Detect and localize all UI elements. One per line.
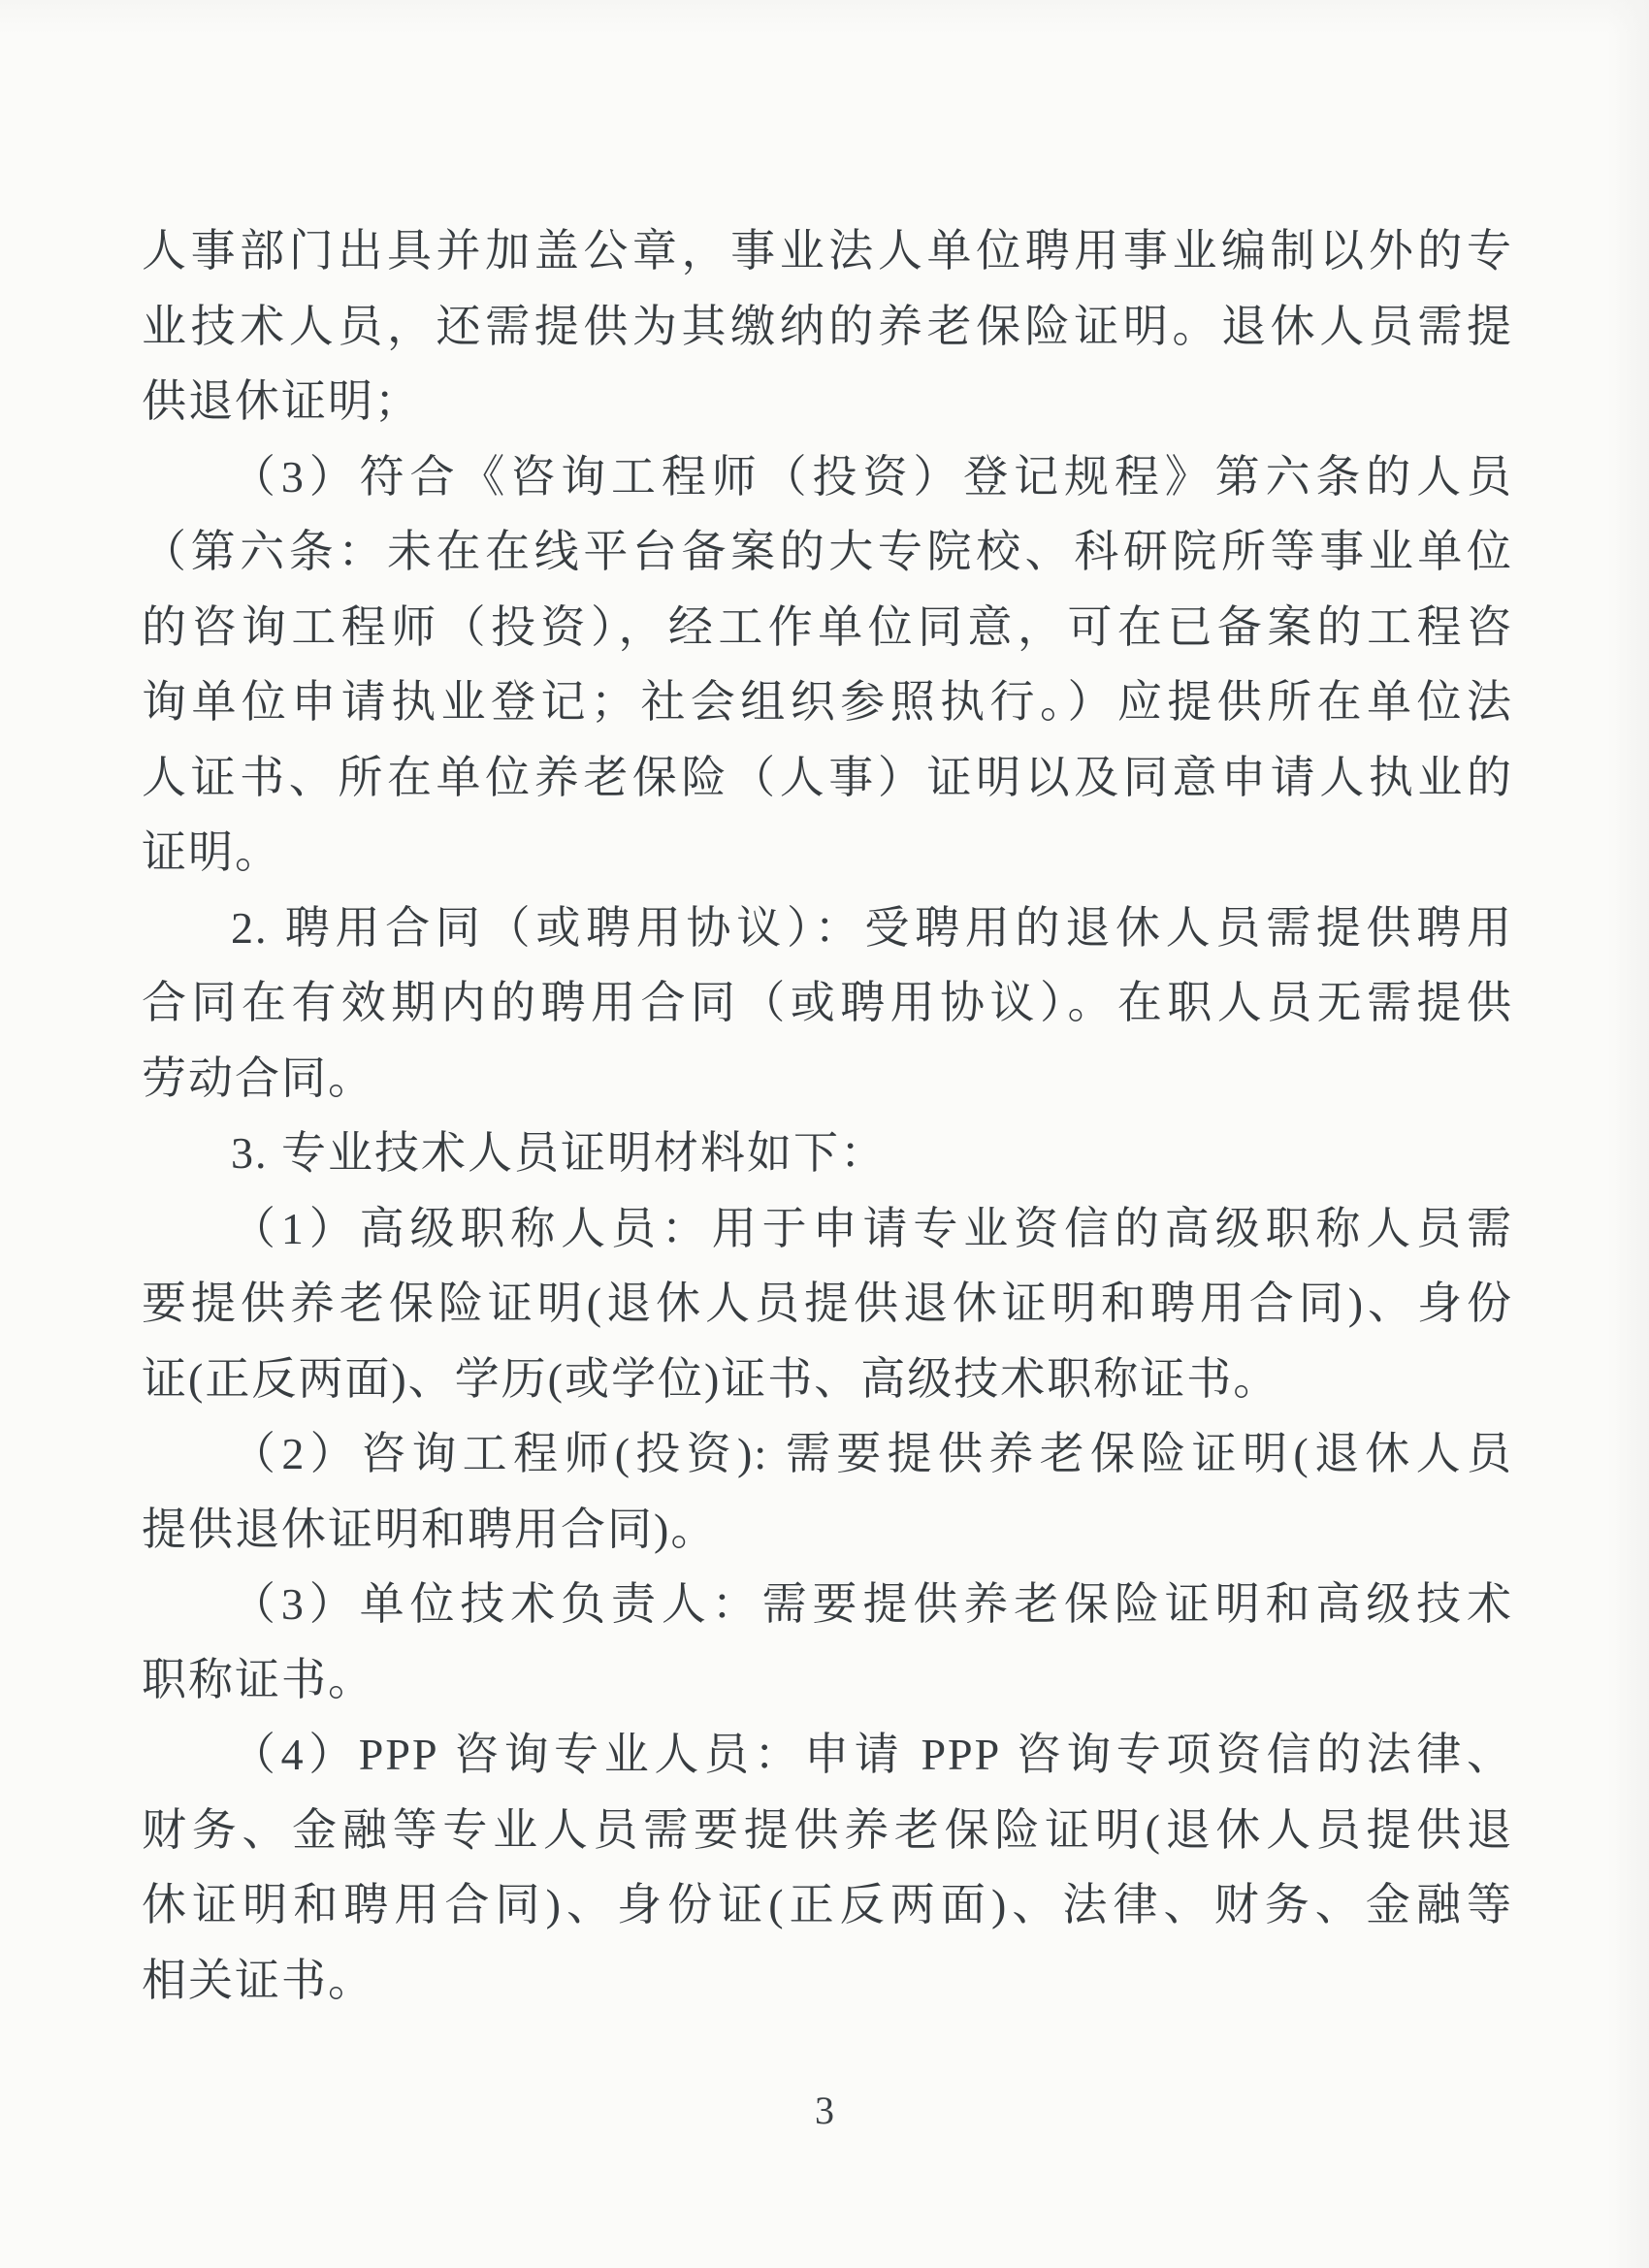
document-line: 2. 聘用合同（或聘用协议）：受聘用的退休人员需提供聘用 bbox=[142, 891, 1513, 966]
document-line: 的咨询工程师（投资），经工作单位同意，可在已备案的工程咨 bbox=[142, 590, 1513, 665]
document-body: 人事部门出具并加盖公章，事业法人单位聘用事业编制以外的专业技术人员，还需提供为其… bbox=[142, 213, 1513, 2018]
document-line: （1）高级职称人员：用于申请专业资信的高级职称人员需 bbox=[142, 1191, 1513, 1267]
document-line: 人证书、所在单位养老保险（人事）证明以及同意申请人执业的 bbox=[142, 740, 1513, 816]
document-line: 证明。 bbox=[142, 815, 1513, 891]
document-line: 3. 专业技术人员证明材料如下： bbox=[142, 1116, 1513, 1191]
document-line: （4）PPP 咨询专业人员：申请 PPP 咨询专项资信的法律、 bbox=[142, 1717, 1513, 1793]
document-line: 证(正反两面)、学历(或学位)证书、高级技术职称证书。 bbox=[142, 1342, 1513, 1417]
document-line: 要提供养老保险证明(退休人员提供退休证明和聘用合同)、身份 bbox=[142, 1266, 1513, 1342]
document-line: 财务、金融等专业人员需要提供养老保险证明(退休人员提供退 bbox=[142, 1793, 1513, 1868]
page-number: 3 bbox=[0, 2088, 1649, 2133]
document-line: 职称证书。 bbox=[142, 1642, 1513, 1718]
document-line: 合同在有效期内的聘用合同（或聘用协议）。在职人员无需提供 bbox=[142, 965, 1513, 1041]
document-line: （2）咨询工程师(投资): 需要提供养老保险证明(退休人员 bbox=[142, 1416, 1513, 1492]
document-line: 提供退休证明和聘用合同)。 bbox=[142, 1492, 1513, 1568]
document-line: 劳动合同。 bbox=[142, 1041, 1513, 1117]
document-line: （3）单位技术负责人：需要提供养老保险证明和高级技术 bbox=[142, 1567, 1513, 1642]
document-page: 人事部门出具并加盖公章，事业法人单位聘用事业编制以外的专业技术人员，还需提供为其… bbox=[0, 0, 1649, 2268]
document-line: （3）符合《咨询工程师（投资）登记规程》第六条的人员 bbox=[142, 439, 1513, 515]
document-line: 相关证书。 bbox=[142, 1943, 1513, 2019]
document-line: 询单位申请执业登记；社会组织参照执行。）应提供所在单位法 bbox=[142, 664, 1513, 740]
document-line: 业技术人员，还需提供为其缴纳的养老保险证明。退休人员需提 bbox=[142, 289, 1513, 365]
document-line: 供退休证明； bbox=[142, 364, 1513, 439]
document-line: 人事部门出具并加盖公章，事业法人单位聘用事业编制以外的专 bbox=[142, 213, 1513, 289]
document-line: 休证明和聘用合同)、身份证(正反两面)、法律、财务、金融等 bbox=[142, 1867, 1513, 1943]
document-line: （第六条：未在在线平台备案的大专院校、科研院所等事业单位 bbox=[142, 514, 1513, 590]
